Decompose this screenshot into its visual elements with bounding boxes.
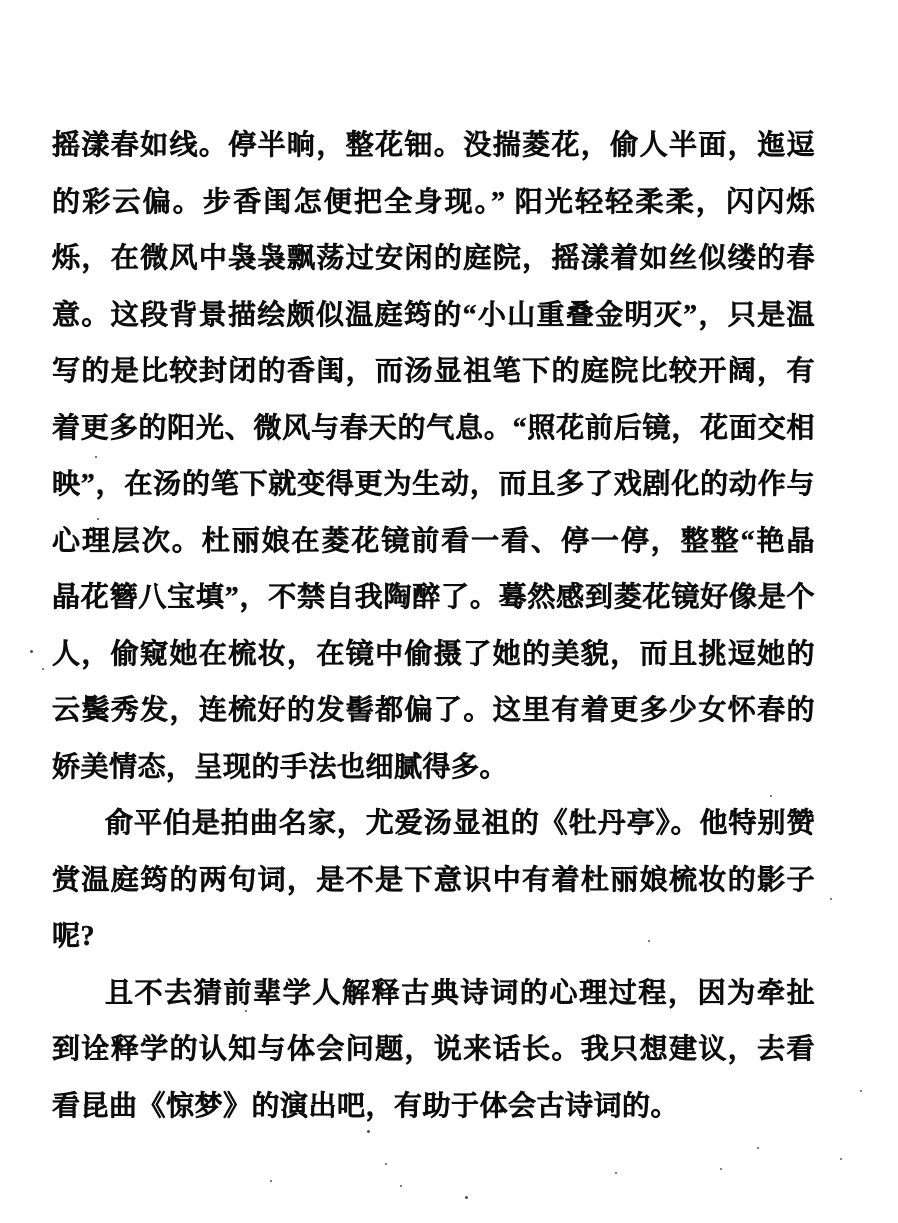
scan-speckle	[385, 1163, 387, 1165]
text-line: 的彩云偏。步香闺怎便把全身现。” 阳光轻轻柔柔，闪闪烁	[52, 175, 815, 232]
scan-speckle	[860, 1090, 862, 1092]
scan-speckle	[648, 940, 650, 942]
text-line: 写的是比较封闭的香闺，而汤显祖笔下的庭院比较开阔，有	[52, 344, 815, 401]
text-line: 晶花簪八宝填”，不禁自我陶醉了。蓦然感到菱花镜好像是个	[52, 570, 815, 627]
text-line: 意。这段背景描绘颇似温庭筠的“小山重叠金明灭”，只是温	[52, 288, 815, 345]
text-line-paragraph-end: 呢?	[52, 909, 815, 966]
text-line: 心理层次。杜丽娘在菱花镜前看一看、停一停，整整“艳晶	[52, 514, 815, 571]
scan-speckle	[97, 518, 99, 520]
scan-speckle	[30, 650, 33, 653]
text-line: 烁，在微风中袅袅飘荡过安闲的庭院，摇漾着如丝似缕的春	[52, 231, 815, 288]
text-line: 到诠释学的认知与体会问题，说来话长。我只想建议，去看	[52, 1022, 815, 1079]
scan-speckle	[400, 1185, 402, 1187]
scanned-page: 摇漾春如线。停半晌，整花钿。没揣菱花，偷人半面，迤逗 的彩云偏。步香闺怎便把全身…	[0, 0, 898, 1223]
scan-speckle	[830, 898, 832, 900]
scan-speckle	[757, 1147, 759, 1149]
body-text: 摇漾春如线。停半晌，整花钿。没揣菱花，偷人半面，迤逗 的彩云偏。步香闺怎便把全身…	[52, 118, 815, 1135]
text-line: 映”，在汤的笔下就变得更为生动，而且多了戏剧化的动作与	[52, 457, 815, 514]
scan-speckle	[270, 1180, 272, 1182]
text-line: 着更多的阳光、微风与春天的气息。“照花前后镜，花面交相	[52, 401, 815, 458]
text-line: 摇漾春如线。停半晌，整花钿。没揣菱花，偷人半面，迤逗	[52, 118, 815, 175]
scan-speckle	[245, 1010, 247, 1012]
scan-speckle	[840, 1158, 842, 1160]
scan-speckle	[770, 795, 772, 797]
text-line-paragraph-start: 且不去猜前辈学人解释古典诗词的心理过程，因为牵扯	[52, 966, 815, 1023]
text-line-paragraph-end: 娇美情态，呈现的手法也细腻得多。	[52, 740, 815, 797]
scan-speckle	[615, 1172, 617, 1174]
scan-speckle	[95, 456, 97, 458]
text-line: 人，偷窥她在梳妆，在镜中偷摄了她的美貌，而且挑逗她的	[52, 627, 815, 684]
text-line-paragraph-end: 看昆曲《惊梦》的演出吧，有助于体会古诗词的。	[52, 1079, 815, 1136]
scan-speckle	[367, 1130, 370, 1133]
scan-speckle	[465, 1196, 468, 1199]
scan-speckle	[720, 1168, 722, 1170]
scan-speckle	[42, 668, 44, 670]
text-line-paragraph-start: 俞平伯是拍曲名家，尤爱汤显祖的《牡丹亭》。他特别赞	[52, 796, 815, 853]
text-line: 赏温庭筠的两句词，是不是下意识中有着杜丽娘梳妆的影子	[52, 853, 815, 910]
text-line: 云鬓秀发，连梳好的发髻都偏了。这里有着更多少女怀春的	[52, 683, 815, 740]
